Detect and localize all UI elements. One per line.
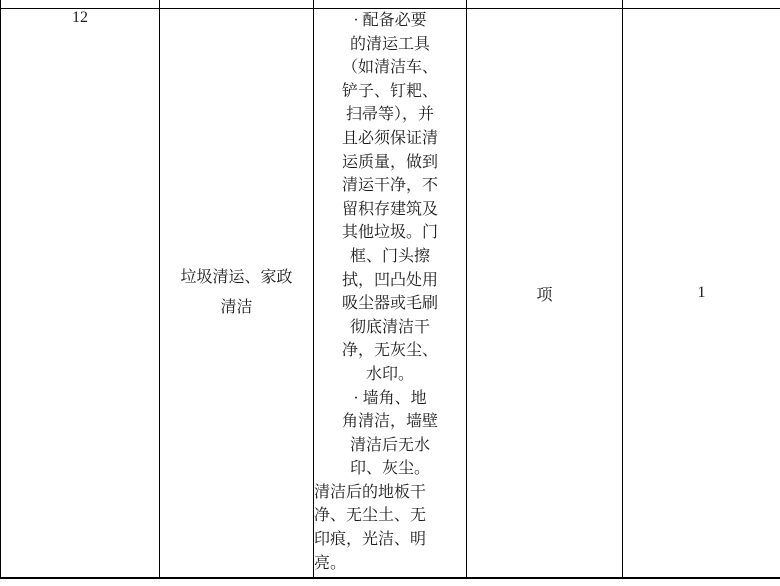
spec-table: 12 垃圾清运、家政 清洁 · 配备必要 的清运工具 （如清洁车、 铲子、钉耙、… [0, 0, 780, 579]
spec-tail-paragraph: 清洁后的地板干 净、无尘土、无 印痕，光洁、明 亮。 [314, 481, 466, 575]
spec-bullet-paragraph-2: · 墙角、地 角清洁，墙壁 清洁后无水 印、灰尘。 [314, 387, 466, 481]
cell-item-name: 垃圾清运、家政 清洁 [160, 9, 314, 579]
table-row: 12 垃圾清运、家政 清洁 · 配备必要 的清运工具 （如清洁车、 铲子、钉耙、… [1, 9, 780, 579]
spec-bullet-paragraph-1: · 配备必要 的清运工具 （如清洁车、 铲子、钉耙、 扫帚等），并 且必须保证清… [314, 9, 466, 387]
sliver-cell-seq [1, 0, 160, 9]
document-page: 12 垃圾清运、家政 清洁 · 配备必要 的清运工具 （如清洁车、 铲子、钉耙、… [0, 0, 780, 586]
cell-spec-requirements: · 配备必要 的清运工具 （如清洁车、 铲子、钉耙、 扫帚等），并 且必须保证清… [314, 9, 467, 579]
sliver-cell-spec [314, 0, 467, 9]
cell-sequence-number: 12 [1, 9, 160, 579]
sliver-cell-item [160, 0, 314, 9]
sliver-cell-unit [467, 0, 623, 9]
cell-unit: 项 [467, 9, 623, 579]
sliver-cell-qty [623, 0, 780, 9]
previous-row-sliver [1, 0, 780, 9]
cell-quantity: 1 [623, 9, 780, 579]
